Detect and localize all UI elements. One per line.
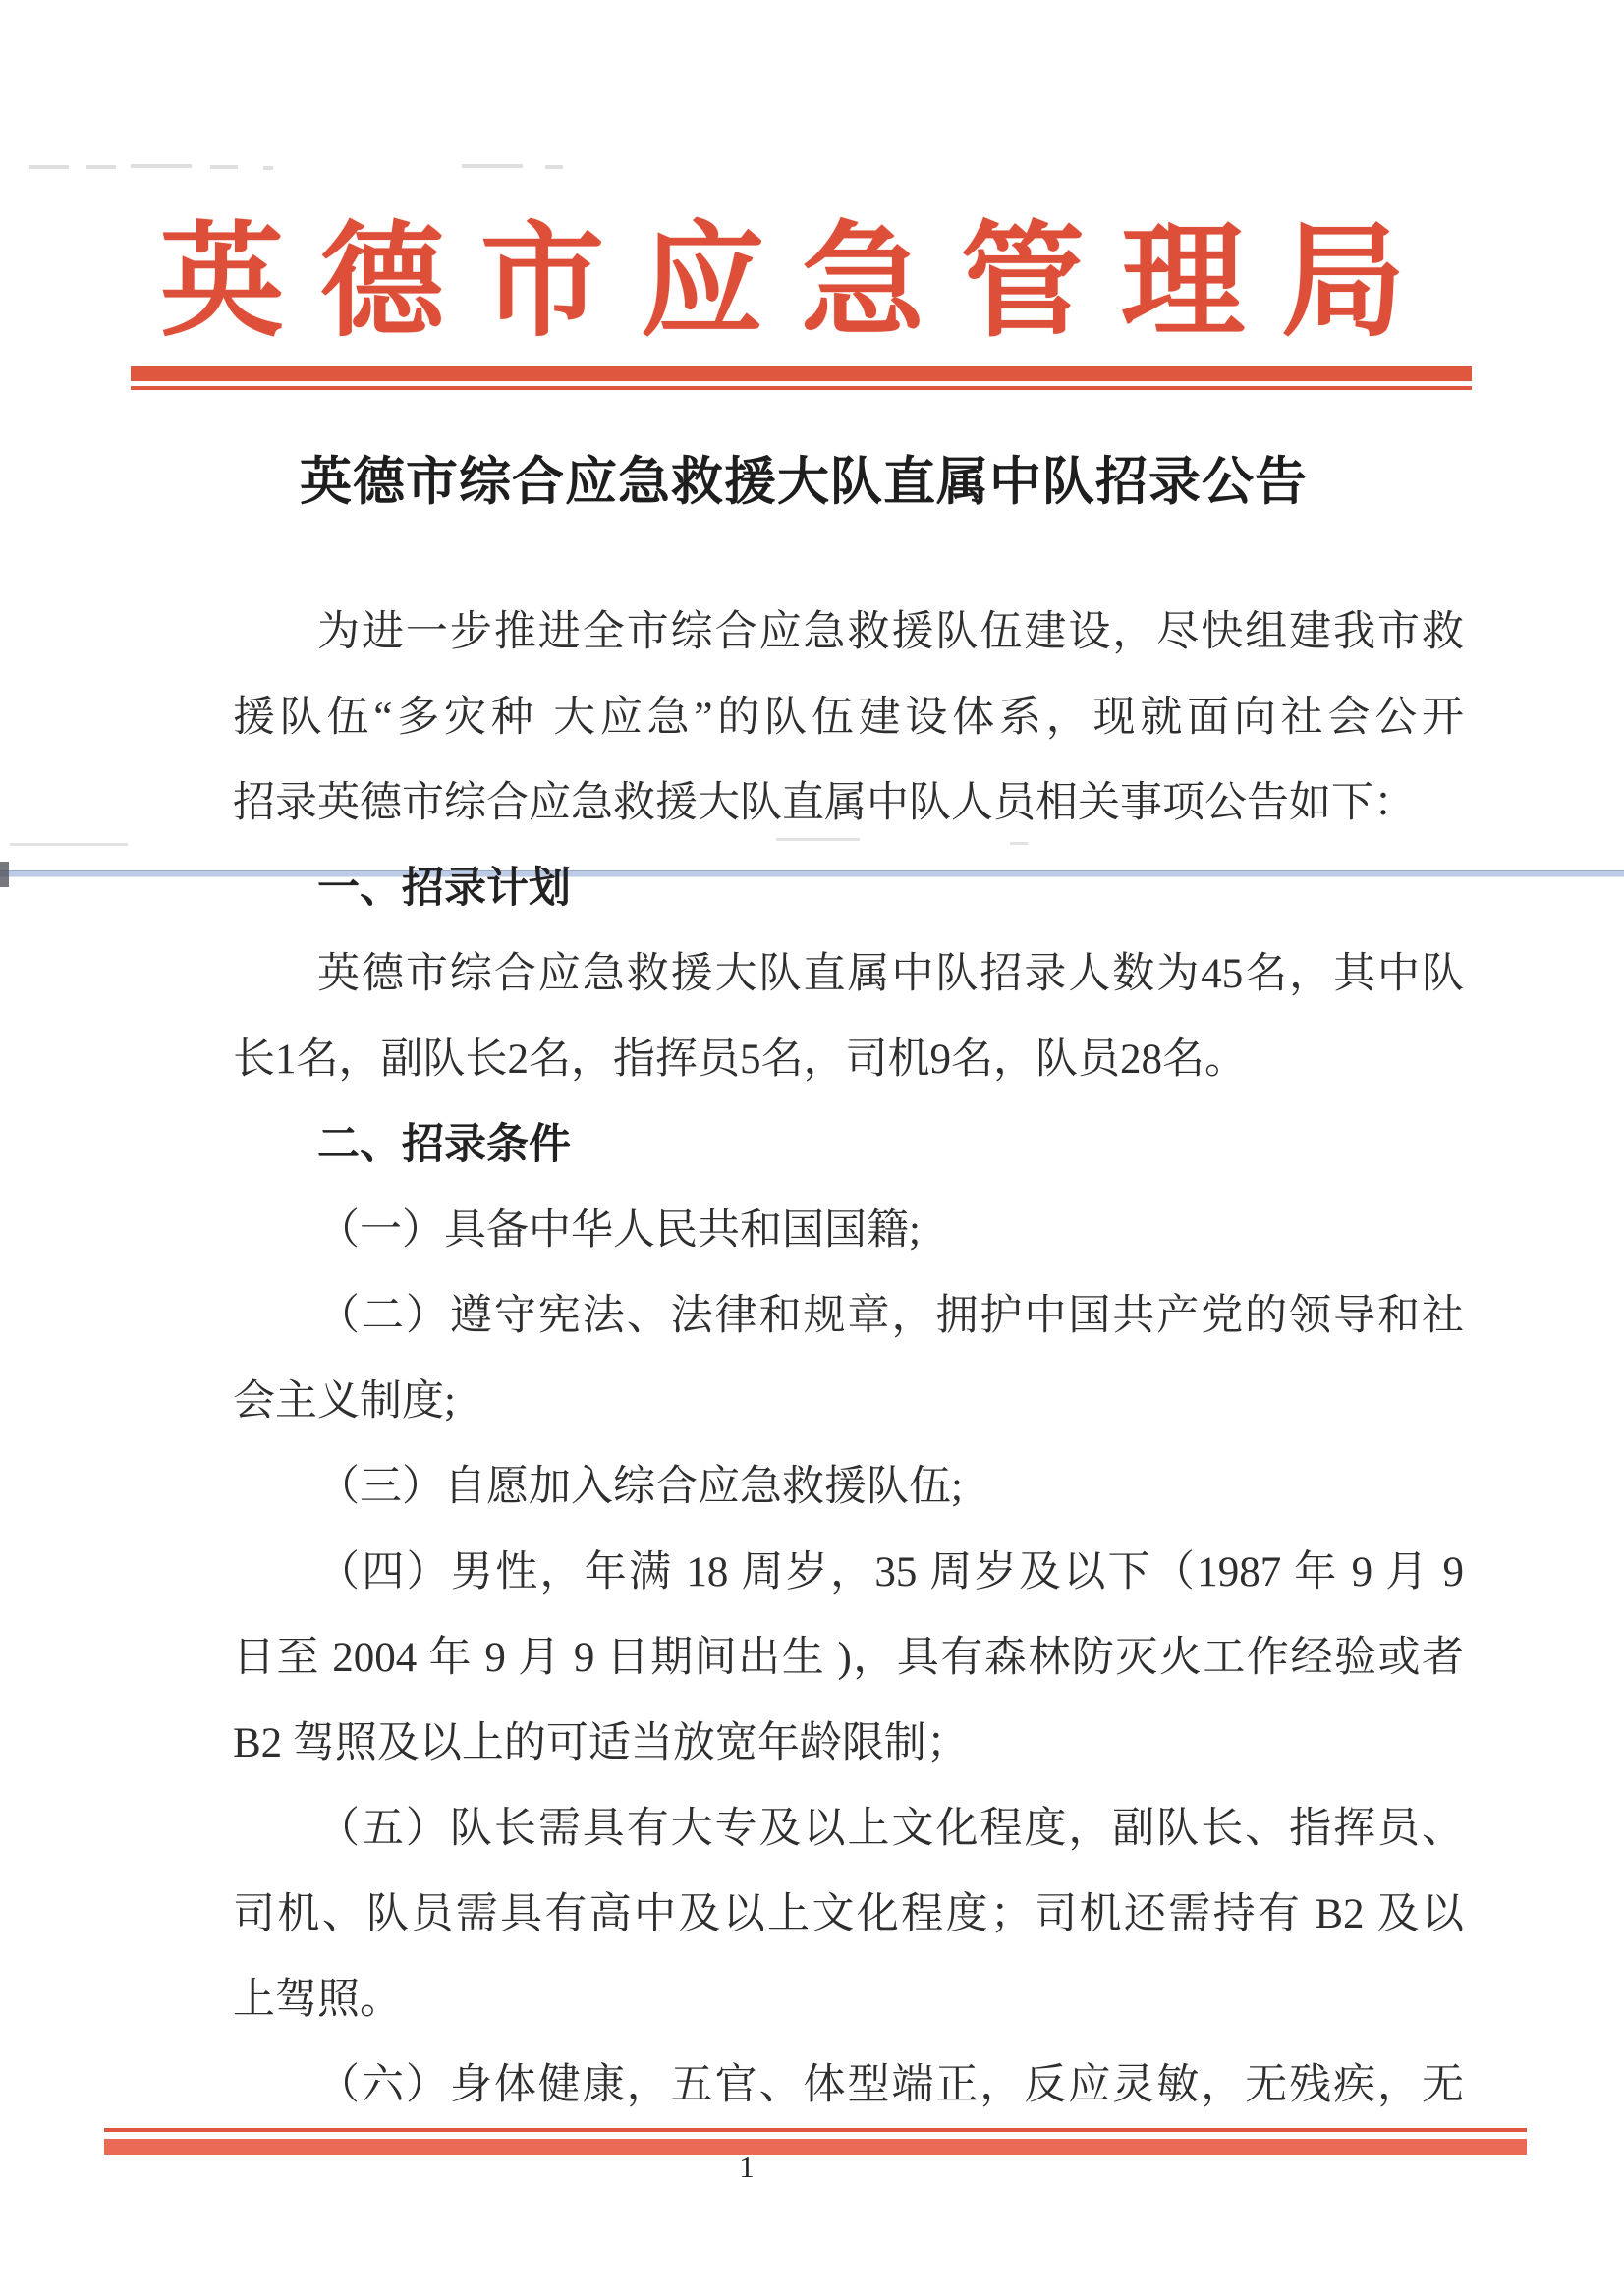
- body-line: B2 驾照及以上的可适当放宽年龄限制；: [233, 1701, 1464, 1786]
- footer-rule-thin: [104, 2128, 1527, 2132]
- body-line: 日至 2004 年 9 月 9 日期间出生 )，具有森林防灭火工作经验或者: [233, 1615, 1464, 1701]
- scan-smudge: [10, 843, 128, 846]
- body-line: 会主义制度;: [233, 1359, 1464, 1444]
- footer-rule-thick: [104, 2139, 1527, 2155]
- scan-smudge: [263, 166, 273, 170]
- document-title: 英德市综合应急救援大队直属中队招录公告: [0, 440, 1607, 515]
- body-line: 招录英德市综合应急救援大队直属中队人员相关事项公告如下：: [233, 760, 1464, 846]
- section-heading-recruitment-conditions: 二、招录条件: [233, 1102, 1464, 1188]
- scan-smudge: [462, 164, 523, 168]
- body-line: 英德市综合应急救援大队直属中队招录人数为45名，其中队: [233, 931, 1464, 1017]
- body-line: （五）队长需具有大专及以上文化程度，副队长、指挥员、: [233, 1786, 1464, 1872]
- section-heading-recruitment-plan: 一、招录计划: [233, 846, 1464, 931]
- scan-edge-mark: [0, 862, 9, 887]
- body-line: 援队伍“多灾种 大应急”的队伍建设体系，现就面向社会公开: [233, 675, 1464, 760]
- body-line: 司机、队员需具有高中及以上文化程度；司机还需持有 B2 及以: [233, 1872, 1464, 1957]
- scan-smudge: [29, 165, 69, 169]
- document-body: 为进一步推进全市综合应急救援队伍建设，尽快组建我市救 援队伍“多灾种 大应急”的…: [233, 589, 1464, 2128]
- body-line: （四）男性，年满 18 周岁，35 周岁及以下（1987 年 9 月 9: [233, 1530, 1464, 1615]
- body-line: （一）具备中华人民共和国国籍;: [233, 1188, 1464, 1273]
- page-number: 1: [729, 2150, 764, 2185]
- scan-smudge: [131, 164, 192, 168]
- scan-smudge: [210, 165, 238, 169]
- body-line: 为进一步推进全市综合应急救援队伍建设，尽快组建我市救: [233, 589, 1464, 675]
- body-line: 长1名，副队长2名，指挥员5名，司机9名，队员28名。: [233, 1017, 1464, 1102]
- scanned-page: 英德市应急管理局 英德市综合应急救援大队直属中队招录公告 为进一步推进全市综合应…: [0, 0, 1624, 2295]
- scan-smudge: [86, 165, 116, 169]
- letterhead-rule-thick: [131, 366, 1472, 381]
- letterhead-rule-thin: [131, 386, 1472, 390]
- body-line: 上驾照。: [233, 1957, 1464, 2043]
- body-line: （六）身体健康，五官、体型端正，反应灵敏，无残疾，无: [233, 2043, 1464, 2128]
- body-line: （三）自愿加入综合应急救援队伍;: [233, 1444, 1464, 1530]
- agency-letterhead: 英德市应急管理局: [160, 220, 1447, 348]
- body-line: （二）遵守宪法、法律和规章，拥护中国共产党的领导和社: [233, 1273, 1464, 1359]
- scan-smudge: [545, 165, 563, 169]
